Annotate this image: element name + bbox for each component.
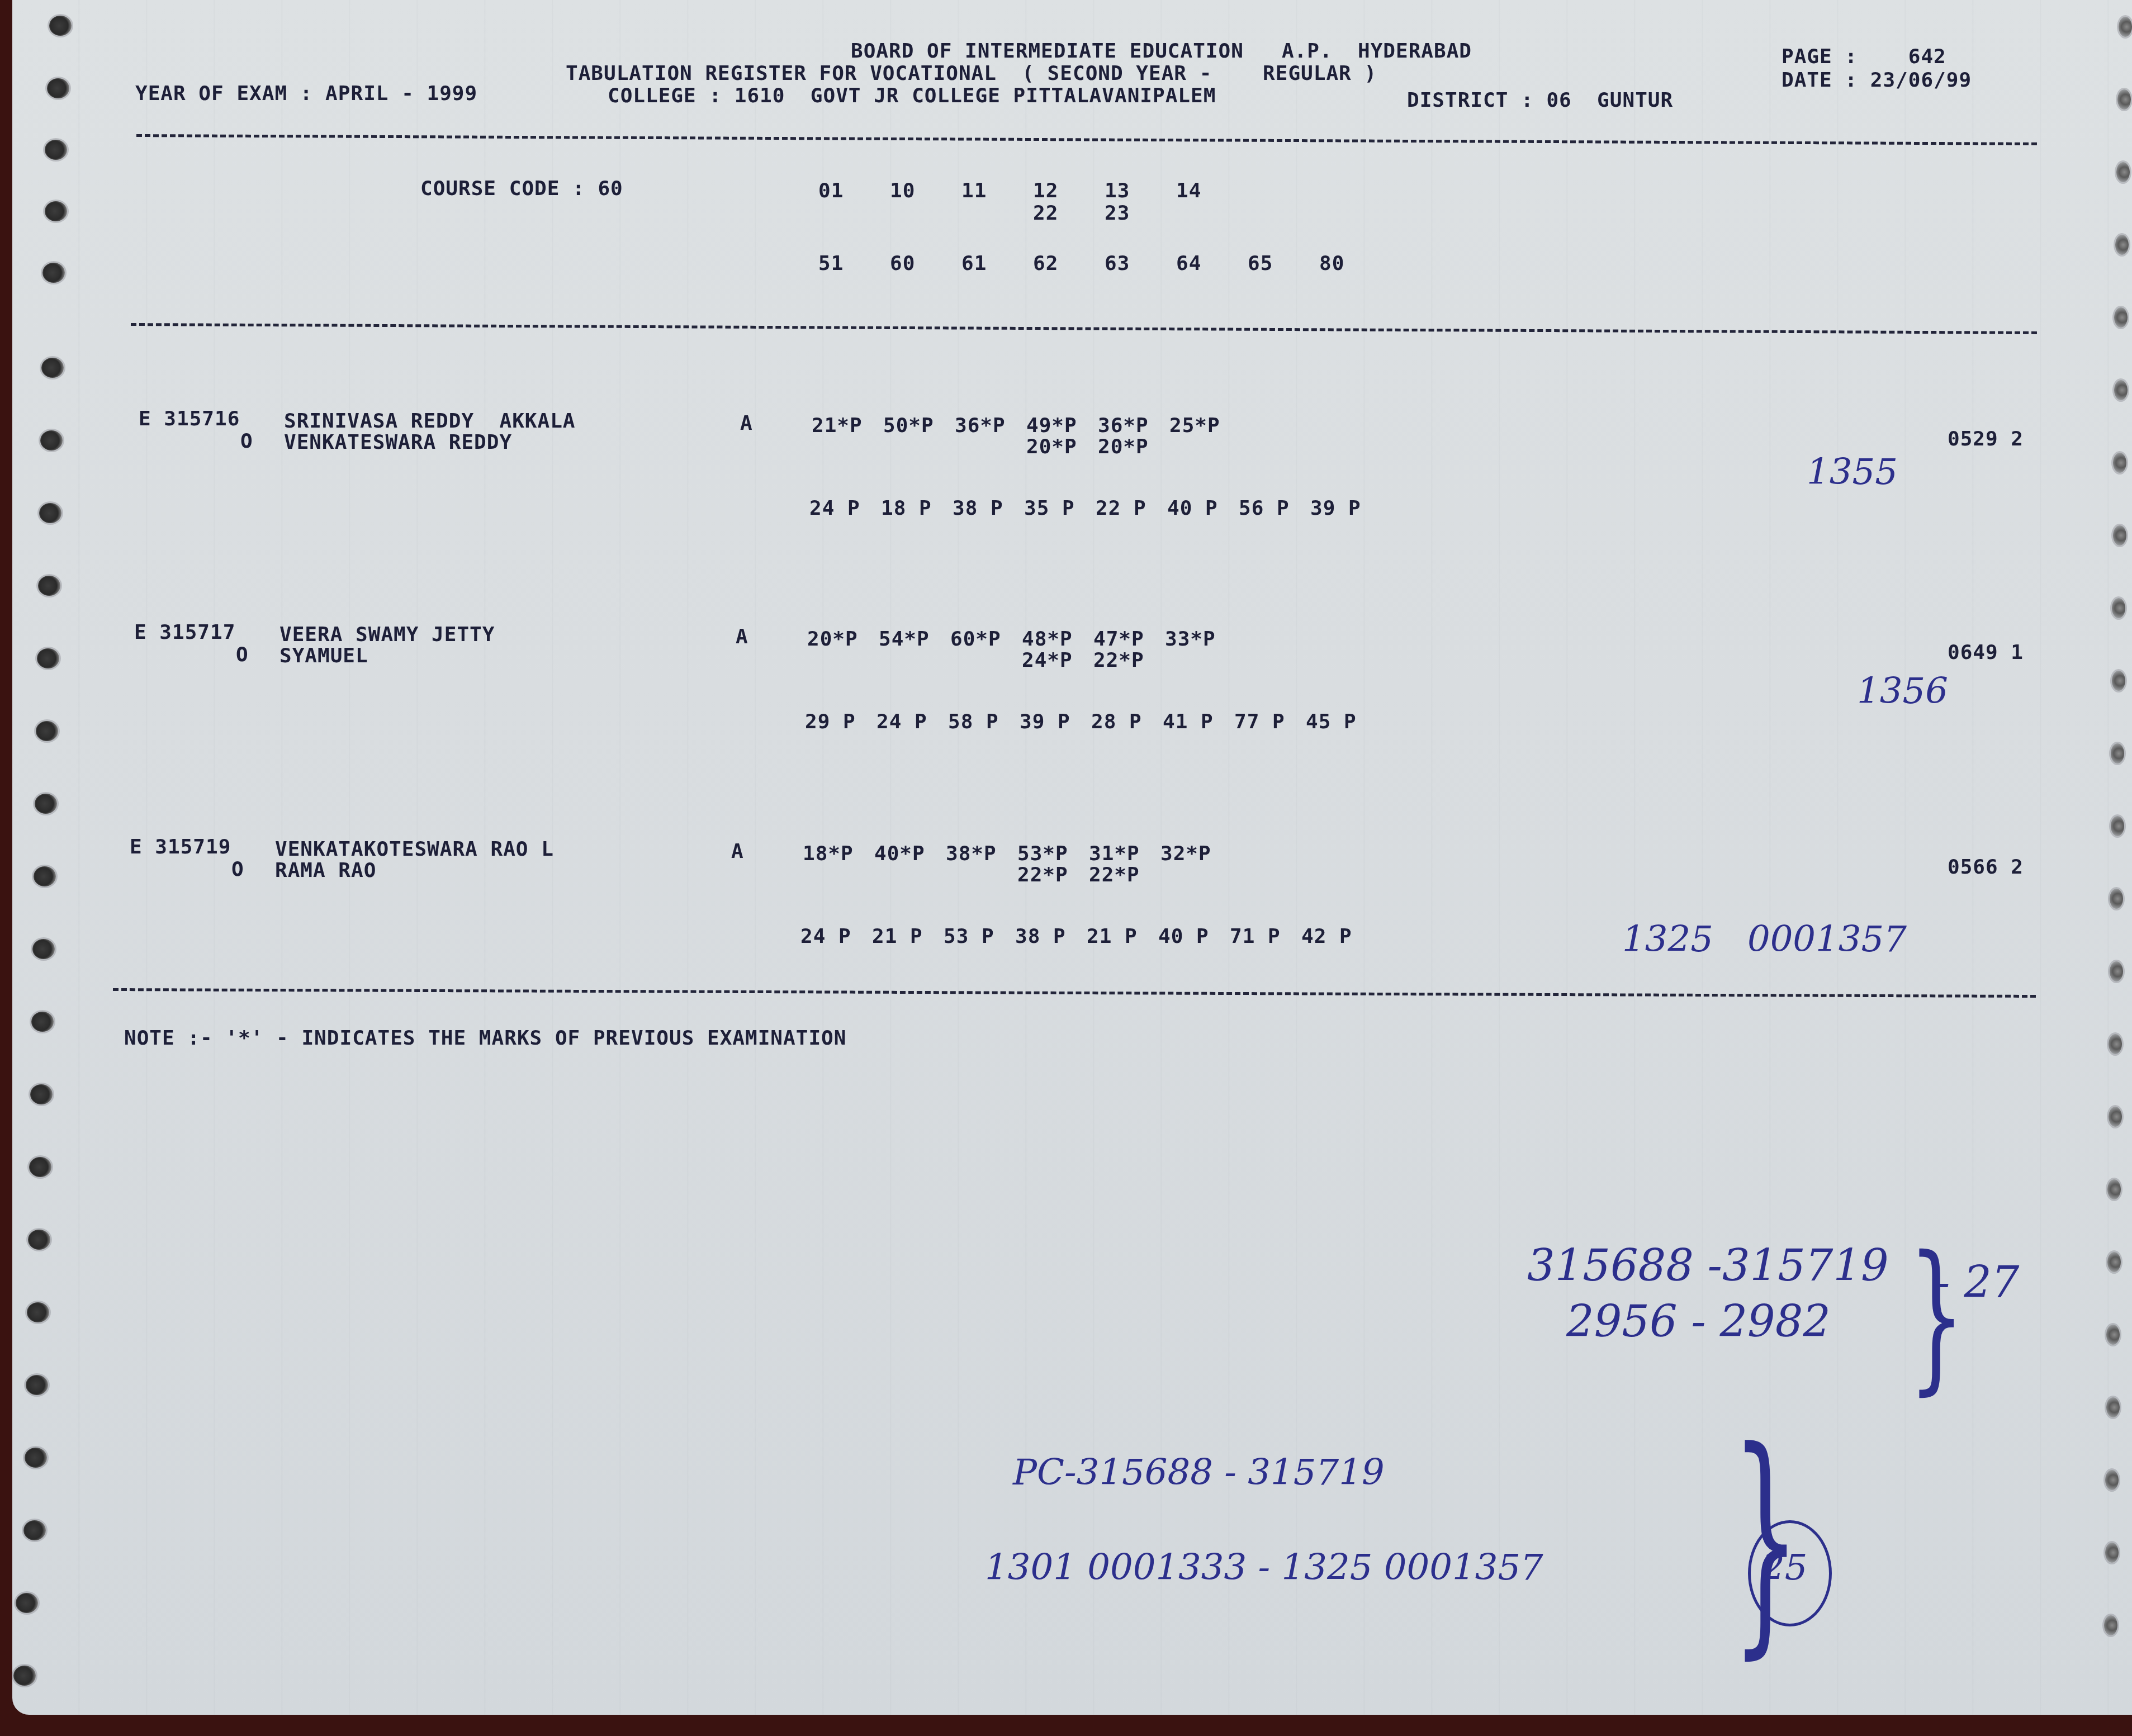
total-marks: 0649 1 [1948,642,2024,664]
mark-second-year: 39 P [1310,497,1361,520]
punch-hole [2115,235,2129,255]
student-category: O [236,644,249,666]
mark-second-year: 71 P [1230,926,1281,948]
subject-code: 13 [1105,180,1130,202]
handwritten-serial: 1356 [1857,666,1948,717]
subject-code: 01 [818,180,844,202]
mark-first-year: 22*P [1089,864,1140,886]
mark-second-year: 28 P [1091,711,1142,733]
mark-second-year: 42 P [1301,926,1352,948]
punch-hole [31,1012,54,1032]
mark-first-year: 54*P [879,628,930,651]
mark-first-year: 33*P [1165,628,1216,651]
punch-hole [34,866,56,886]
handwritten-range2-line1: PC-315688 - 315719 [1013,1448,1385,1498]
punch-hole [2112,598,2125,618]
medium: A [731,841,744,863]
mark-first-year: 25*P [1169,415,1220,437]
medium: A [736,626,748,648]
mark-second-year: 18 P [881,497,932,520]
register-title: TABULATION REGISTER FOR VOCATIONAL ( SEC… [566,63,1377,85]
mark-second-year: 39 P [1020,711,1070,733]
mark-first-year: 20*P [1098,436,1149,458]
punch-hole [13,1666,36,1686]
mark-first-year: 47*P [1093,628,1144,651]
punch-hole [2105,1543,2119,1563]
total-marks: 0529 2 [1948,428,2024,450]
punch-hole [2110,961,2123,981]
mark-second-year: 53 P [944,926,994,948]
mark-second-year: 38 P [1015,926,1066,948]
punch-hole [2109,1107,2122,1127]
punch-hole [2113,453,2126,473]
mark-first-year: 20*P [807,628,858,651]
punch-hole [27,1302,49,1322]
subject-code: 60 [890,253,915,275]
punch-hole [2111,816,2124,836]
punch-hole [2110,889,2123,909]
subject-code: 63 [1105,253,1130,275]
mark-second-year: 21 P [872,926,923,948]
punch-hole [42,263,65,283]
punch-hole [45,201,67,221]
mark-first-year: 38*P [946,843,997,865]
punch-hole [2106,1325,2120,1345]
mark-second-year: 24 P [800,926,851,948]
punch-hole [47,78,69,98]
handwritten-serial: 1355 [1807,447,1898,497]
punch-hole [38,576,60,596]
divider [136,134,2037,145]
student-category: O [231,858,244,881]
mark-first-year: 24*P [1022,649,1073,672]
mark-second-year: 41 P [1163,711,1214,733]
punch-hole [2104,1615,2117,1635]
subject-code: 14 [1176,180,1201,202]
mark-first-year: 40*P [874,843,925,865]
mark-second-year: 35 P [1024,497,1075,520]
punch-hole [16,1593,38,1613]
district-info: DISTRICT : 06 GUNTUR [1407,89,1673,112]
student-reg-no: E 315716 [139,408,240,430]
punch-hole [40,430,63,450]
punch-hole [36,721,58,741]
punch-hole [2106,1397,2120,1417]
punch-hole [2107,1252,2121,1272]
handwritten-serial: 1325 0001357 [1622,914,1907,965]
punch-hole [23,1520,46,1540]
mark-first-year: 22*P [1017,864,1068,886]
punch-hole [45,140,67,160]
subject-code: 62 [1033,253,1058,275]
punch-hole [35,794,57,814]
student-name: SRINIVASA REDDY AKKALA [284,410,576,433]
mark-first-year: 22*P [1093,649,1144,672]
mark-first-year: 31*P [1089,843,1140,865]
punch-hole [2116,162,2130,182]
subject-code: 11 [961,180,987,202]
punch-hole [2119,17,2132,37]
punch-hole [28,1230,50,1250]
student-name: VENKATAKOTESWARA RAO L [275,838,554,861]
father-name: SYAMUEL [279,645,368,667]
mark-second-year: 24 P [809,497,860,520]
mark-second-year: 38 P [953,497,1003,520]
punch-hole [41,358,64,378]
handwritten-range1-line2: 2956 - 2982 [1566,1297,1831,1347]
subject-code: 64 [1176,253,1201,275]
mark-first-year: 49*P [1026,415,1077,437]
mark-first-year: 18*P [803,843,854,865]
punch-hole [2113,525,2126,546]
mark-second-year: 40 P [1158,926,1209,948]
punch-hole [2105,1470,2119,1490]
punch-hole [32,939,55,959]
handwritten-range2-count: 25 [1762,1543,1807,1593]
board-title: BOARD OF INTERMEDIATE EDUCATION A.P. HYD… [851,40,1472,63]
subject-code: 61 [961,253,987,275]
footnote: NOTE :- '*' - INDICATES THE MARKS OF PRE… [124,1027,846,1050]
punch-hole [2114,380,2128,400]
student-category: O [240,430,253,453]
punch-hole [2112,671,2125,691]
register-sheet: BOARD OF INTERMEDIATE EDUCATION A.P. HYD… [12,0,2132,1715]
mark-first-year: 36*P [955,415,1006,437]
student-reg-no: E 315719 [130,836,231,858]
mark-first-year: 60*P [950,628,1001,651]
mark-second-year: 24 P [877,711,927,733]
subject-code: 51 [818,253,844,275]
father-name: VENKATESWARA REDDY [284,431,512,454]
mark-second-year: 29 P [805,711,856,733]
subject-code: 80 [1319,253,1344,275]
punch-hole [2114,307,2128,328]
punch-hole [26,1375,48,1395]
punch-hole [37,648,59,668]
punch-hole [2107,1179,2121,1199]
punch-hole [30,1084,53,1104]
course-code: COURSE CODE : 60 [420,178,623,200]
subject-code: 22 [1033,202,1058,225]
mark-second-year: 40 P [1167,497,1218,520]
punch-hole [29,1157,51,1177]
college-info: COLLEGE : 1610 GOVT JR COLLEGE PITTALAVA… [608,85,1216,107]
punch-hole [2109,1034,2122,1054]
subject-code: 65 [1248,253,1273,275]
print-date: DATE : 23/06/99 [1782,69,1972,92]
mark-first-year: 50*P [883,415,934,437]
punch-hole [2111,743,2124,763]
divider [113,988,2036,998]
total-marks: 0566 2 [1948,856,2024,879]
mark-second-year: 21 P [1087,926,1138,948]
student-name: VEERA SWAMY JETTY [279,624,495,646]
mark-first-year: 32*P [1160,843,1211,865]
divider [131,323,2037,334]
mark-second-year: 58 P [948,711,999,733]
punch-hole [49,16,72,36]
handwritten-range2-line2: 1301 0001333 - 1325 0001357 [985,1543,1543,1593]
mark-second-year: 22 P [1096,497,1146,520]
subject-code: 23 [1105,202,1130,225]
mark-first-year: 36*P [1098,415,1149,437]
mark-first-year: 48*P [1022,628,1073,651]
punch-hole [25,1448,47,1468]
mark-first-year: 53*P [1017,843,1068,865]
mark-second-year: 77 P [1234,711,1285,733]
mark-second-year: 56 P [1239,497,1290,520]
handwritten-range1-count: - 27 [1935,1258,2019,1308]
year-of-exam: YEAR OF EXAM : APRIL - 1999 [135,83,477,105]
punch-hole [39,503,61,523]
student-reg-no: E 315717 [134,622,235,644]
page-number: PAGE : 642 [1782,46,1946,68]
mark-second-year: 45 P [1306,711,1357,733]
father-name: RAMA RAO [275,860,376,882]
subject-code: 10 [890,180,915,202]
mark-first-year: 21*P [812,415,863,437]
handwritten-range1-line1: 315688 -315719 [1527,1241,1889,1291]
mark-first-year: 20*P [1026,436,1077,458]
subject-code: 12 [1033,180,1058,202]
medium: A [740,412,753,435]
punch-hole [2117,89,2131,110]
